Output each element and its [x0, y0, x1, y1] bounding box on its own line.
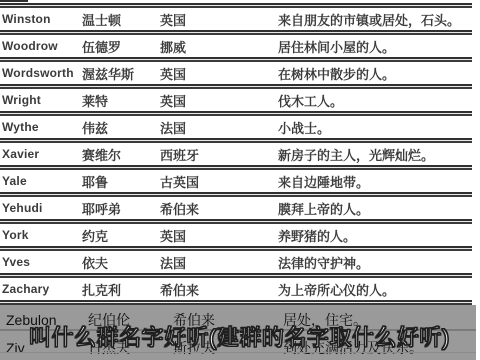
meaning-cell: 为上帝所心仪的人。	[278, 280, 480, 299]
table-row: York约克英国养野猪的人。	[0, 224, 480, 246]
name-meaning-table: Winston温士顿英国来自朋友的市镇或居处，石头。Woodrow伍德罗挪威居住…	[0, 8, 480, 305]
origin-cell: 古英国	[160, 172, 278, 191]
name-cell: Wythe	[2, 120, 82, 134]
table-row: Zachary扎克利希伯来为上帝所心仪的人。	[0, 278, 480, 300]
chinese-cell: 伟兹	[82, 118, 160, 137]
origin-cell: 法国	[160, 253, 278, 272]
origin-cell: 英国	[160, 64, 278, 83]
name-cell: Zachary	[2, 282, 82, 296]
meaning-cell: 在树林中散步的人。	[278, 64, 480, 83]
bottom-edge-line	[0, 352, 476, 353]
origin-cell: 英国	[160, 10, 278, 29]
chinese-cell: 耶鲁	[82, 172, 160, 191]
meaning-cell: 法律的守护神。	[278, 253, 480, 272]
name-cell: Wordsworth	[2, 66, 82, 80]
table-row: Xavier赛维尔西班牙新房子的主人，光辉灿烂。	[0, 143, 480, 165]
meaning-cell: 居住林间小屋的人。	[278, 37, 480, 56]
meaning-cell: 新房子的主人，光辉灿烂。	[278, 145, 480, 164]
origin-cell: 希伯来	[160, 280, 278, 299]
table-row: Yehudi耶呼弟希伯来膜拜上帝的人。	[0, 197, 480, 219]
meaning-cell: 小战士。	[278, 118, 480, 137]
chinese-cell: 伍德罗	[82, 37, 160, 56]
chinese-cell: 赛维尔	[82, 145, 160, 164]
table-row: Winston温士顿英国来自朋友的市镇或居处，石头。	[0, 8, 480, 30]
name-cell: Winston	[2, 12, 82, 26]
origin-cell: 法国	[160, 118, 278, 137]
chinese-cell: 依夫	[82, 253, 160, 272]
table-row: Wright莱特英国伐木工人。	[0, 89, 480, 111]
chinese-cell: 耶呼弟	[82, 199, 160, 218]
meaning-cell: 来自边陲地带。	[278, 172, 480, 191]
origin-cell: 挪威	[160, 37, 278, 56]
caption-overlay-text: 叫什么群名字好听(建群的名字取什么好听)	[29, 321, 450, 352]
name-cell: Woodrow	[2, 39, 82, 53]
screenshot-root: Winston温士顿英国来自朋友的市镇或居处，石头。Woodrow伍德罗挪威居住…	[0, 0, 480, 360]
chinese-cell: 扎克利	[82, 280, 160, 299]
origin-cell: 英国	[160, 91, 278, 110]
chinese-cell: 约克	[82, 226, 160, 245]
name-cell: Wright	[2, 93, 82, 107]
meaning-cell: 伐木工人。	[278, 91, 480, 110]
name-cell: Yale	[2, 174, 82, 188]
name-cell: Yehudi	[2, 201, 82, 215]
origin-cell: 西班牙	[160, 145, 278, 164]
meaning-cell: 膜拜上帝的人。	[278, 199, 480, 218]
table-row: Woodrow伍德罗挪威居住林间小屋的人。	[0, 35, 480, 57]
table-row: Wordsworth渥兹华斯英国在树林中散步的人。	[0, 62, 480, 84]
origin-cell: 希伯来	[160, 199, 278, 218]
name-cell: Yves	[2, 255, 82, 269]
meaning-cell: 来自朋友的市镇或居处，石头。	[278, 10, 480, 29]
table-row: Yves依夫法国法律的守护神。	[0, 251, 480, 273]
meaning-cell: 养野猪的人。	[278, 226, 480, 245]
origin-cell: 英国	[160, 226, 278, 245]
table-row: Yale耶鲁古英国来自边陲地带。	[0, 170, 480, 192]
top-left-border-fragment	[0, 0, 28, 2]
name-cell: Xavier	[2, 147, 82, 161]
chinese-cell: 温士顿	[82, 10, 160, 29]
chinese-cell: 莱特	[82, 91, 160, 110]
chinese-cell: 渥兹华斯	[82, 64, 160, 83]
name-cell: York	[2, 228, 82, 242]
table-row: Wythe伟兹法国小战士。	[0, 116, 480, 138]
